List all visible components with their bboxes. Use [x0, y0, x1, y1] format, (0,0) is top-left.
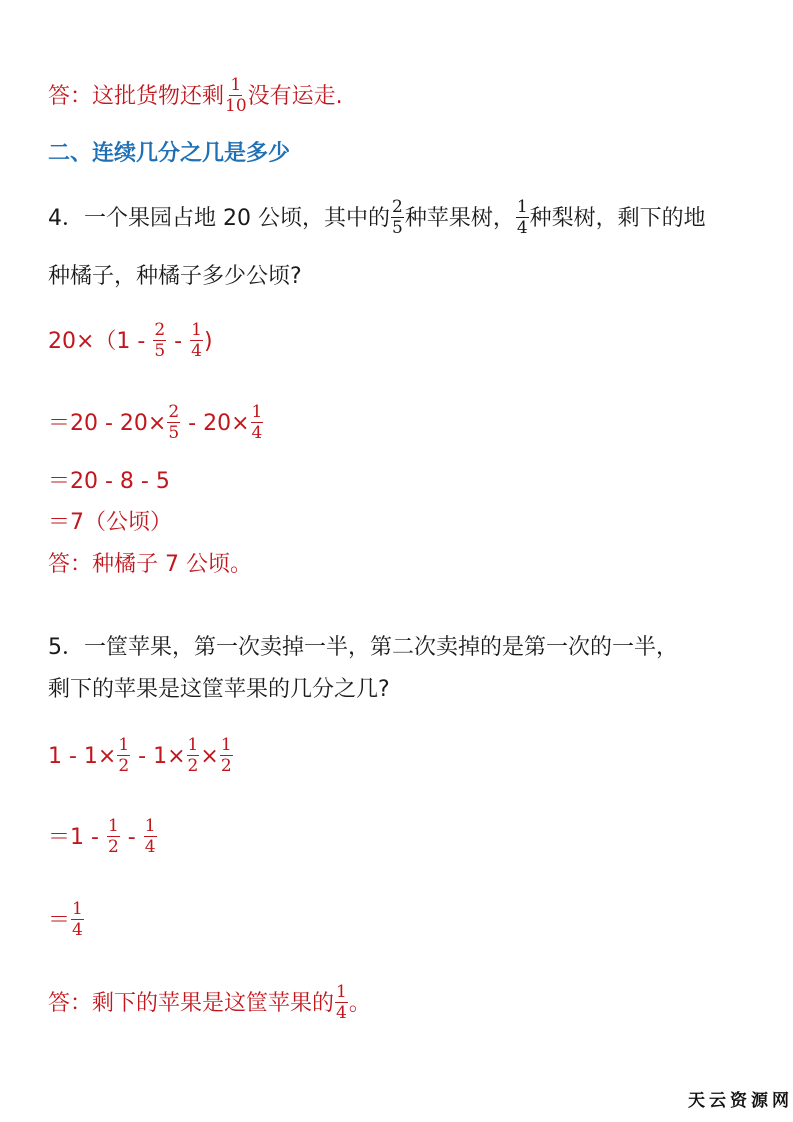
fraction: 14: [516, 199, 529, 237]
q4-step-4: ＝7（公顷）: [48, 512, 172, 534]
q5-step-3: ＝14: [48, 902, 85, 940]
numerator: 1: [187, 737, 200, 756]
denominator: 2: [118, 756, 129, 775]
fraction: 14: [190, 322, 203, 360]
numerator: 1: [117, 737, 130, 756]
answer-text: 答：剩下的苹果是这筐苹果的: [48, 991, 334, 1016]
numerator: 1: [516, 199, 529, 218]
fraction: 14: [144, 818, 157, 856]
expr: -: [167, 329, 189, 354]
expr: ×: [200, 744, 218, 769]
denominator: 4: [72, 920, 83, 939]
expr: ＝20 - 20×: [48, 411, 166, 436]
fraction: 110: [225, 77, 247, 115]
denominator: 4: [517, 218, 528, 237]
denominator: 5: [392, 218, 403, 237]
numerator: 2: [153, 322, 166, 341]
fraction: 12: [107, 818, 120, 856]
numerator: 1: [71, 901, 84, 920]
denominator: 5: [154, 341, 165, 360]
numerator: 1: [251, 404, 264, 423]
expr: 1 - 1×: [48, 744, 116, 769]
fraction: 14: [71, 901, 84, 939]
numerator: 1: [229, 77, 242, 96]
expr: - 1×: [131, 744, 185, 769]
answer-text: 答：这批货物还剩: [48, 84, 224, 109]
expr: -: [121, 825, 143, 850]
section-heading: 二、连续几分之几是多少: [48, 143, 290, 165]
question-text: 种苹果树，: [405, 206, 515, 231]
answer-3: 答：这批货物还剩110没有运走.: [48, 78, 343, 116]
numerator: 1: [220, 737, 233, 756]
question-4-line1: 4．一个果园占地 20 公顷，其中的25种苹果树，14种梨树，剩下的地: [48, 200, 706, 238]
q5-step-2: ＝1 - 12 - 14: [48, 819, 158, 857]
question-text: 种梨树，剩下的地: [530, 206, 706, 231]
denominator: 2: [188, 756, 199, 775]
denominator: 2: [108, 837, 119, 856]
denominator: 4: [336, 1003, 347, 1022]
numerator: 1: [335, 984, 348, 1003]
denominator: 10: [225, 96, 247, 115]
denominator: 2: [221, 756, 232, 775]
numerator: 1: [144, 818, 157, 837]
q4-answer: 答：种橘子 7 公顷。: [48, 554, 252, 576]
fraction: 14: [335, 984, 348, 1022]
numerator: 1: [107, 818, 120, 837]
denominator: 4: [252, 423, 263, 442]
question-5-line2: 剩下的苹果是这筐苹果的几分之几?: [48, 679, 390, 701]
fraction: 25: [167, 404, 180, 442]
expr: - 20×: [181, 411, 249, 436]
fraction: 25: [153, 322, 166, 360]
numerator: 2: [391, 199, 404, 218]
denominator: 4: [145, 837, 156, 856]
fraction: 12: [220, 737, 233, 775]
q5-step-1: 1 - 1×12 - 1×12×12: [48, 738, 234, 776]
numerator: 2: [167, 404, 180, 423]
watermark-logo: 天云资源网: [688, 1086, 793, 1111]
fraction: 25: [391, 199, 404, 237]
answer-text: 。: [349, 991, 371, 1016]
fraction: 12: [117, 737, 130, 775]
question-5-line1: 5．一筐苹果，第一次卖掉一半，第二次卖掉的是第一次的一半，: [48, 637, 678, 659]
fraction: 12: [187, 737, 200, 775]
expr: ＝: [48, 908, 70, 933]
question-text: 4．一个果园占地 20 公顷，其中的: [48, 206, 390, 231]
expr: ＝1 -: [48, 825, 106, 850]
expr: ): [204, 329, 213, 354]
question-4-line2: 种橘子，种橘子多少公顷?: [48, 266, 302, 288]
denominator: 4: [191, 341, 202, 360]
numerator: 1: [190, 322, 203, 341]
fraction: 14: [251, 404, 264, 442]
denominator: 5: [168, 423, 179, 442]
expr: 20×（1 -: [48, 329, 152, 354]
answer-text: 没有运走.: [248, 84, 343, 109]
q4-step-2: ＝20 - 20×25 - 20×14: [48, 405, 264, 443]
q4-step-3: ＝20 - 8 - 5: [48, 471, 170, 493]
q4-step-1: 20×（1 - 25 - 14): [48, 323, 213, 361]
q5-answer: 答：剩下的苹果是这筐苹果的14。: [48, 985, 371, 1023]
